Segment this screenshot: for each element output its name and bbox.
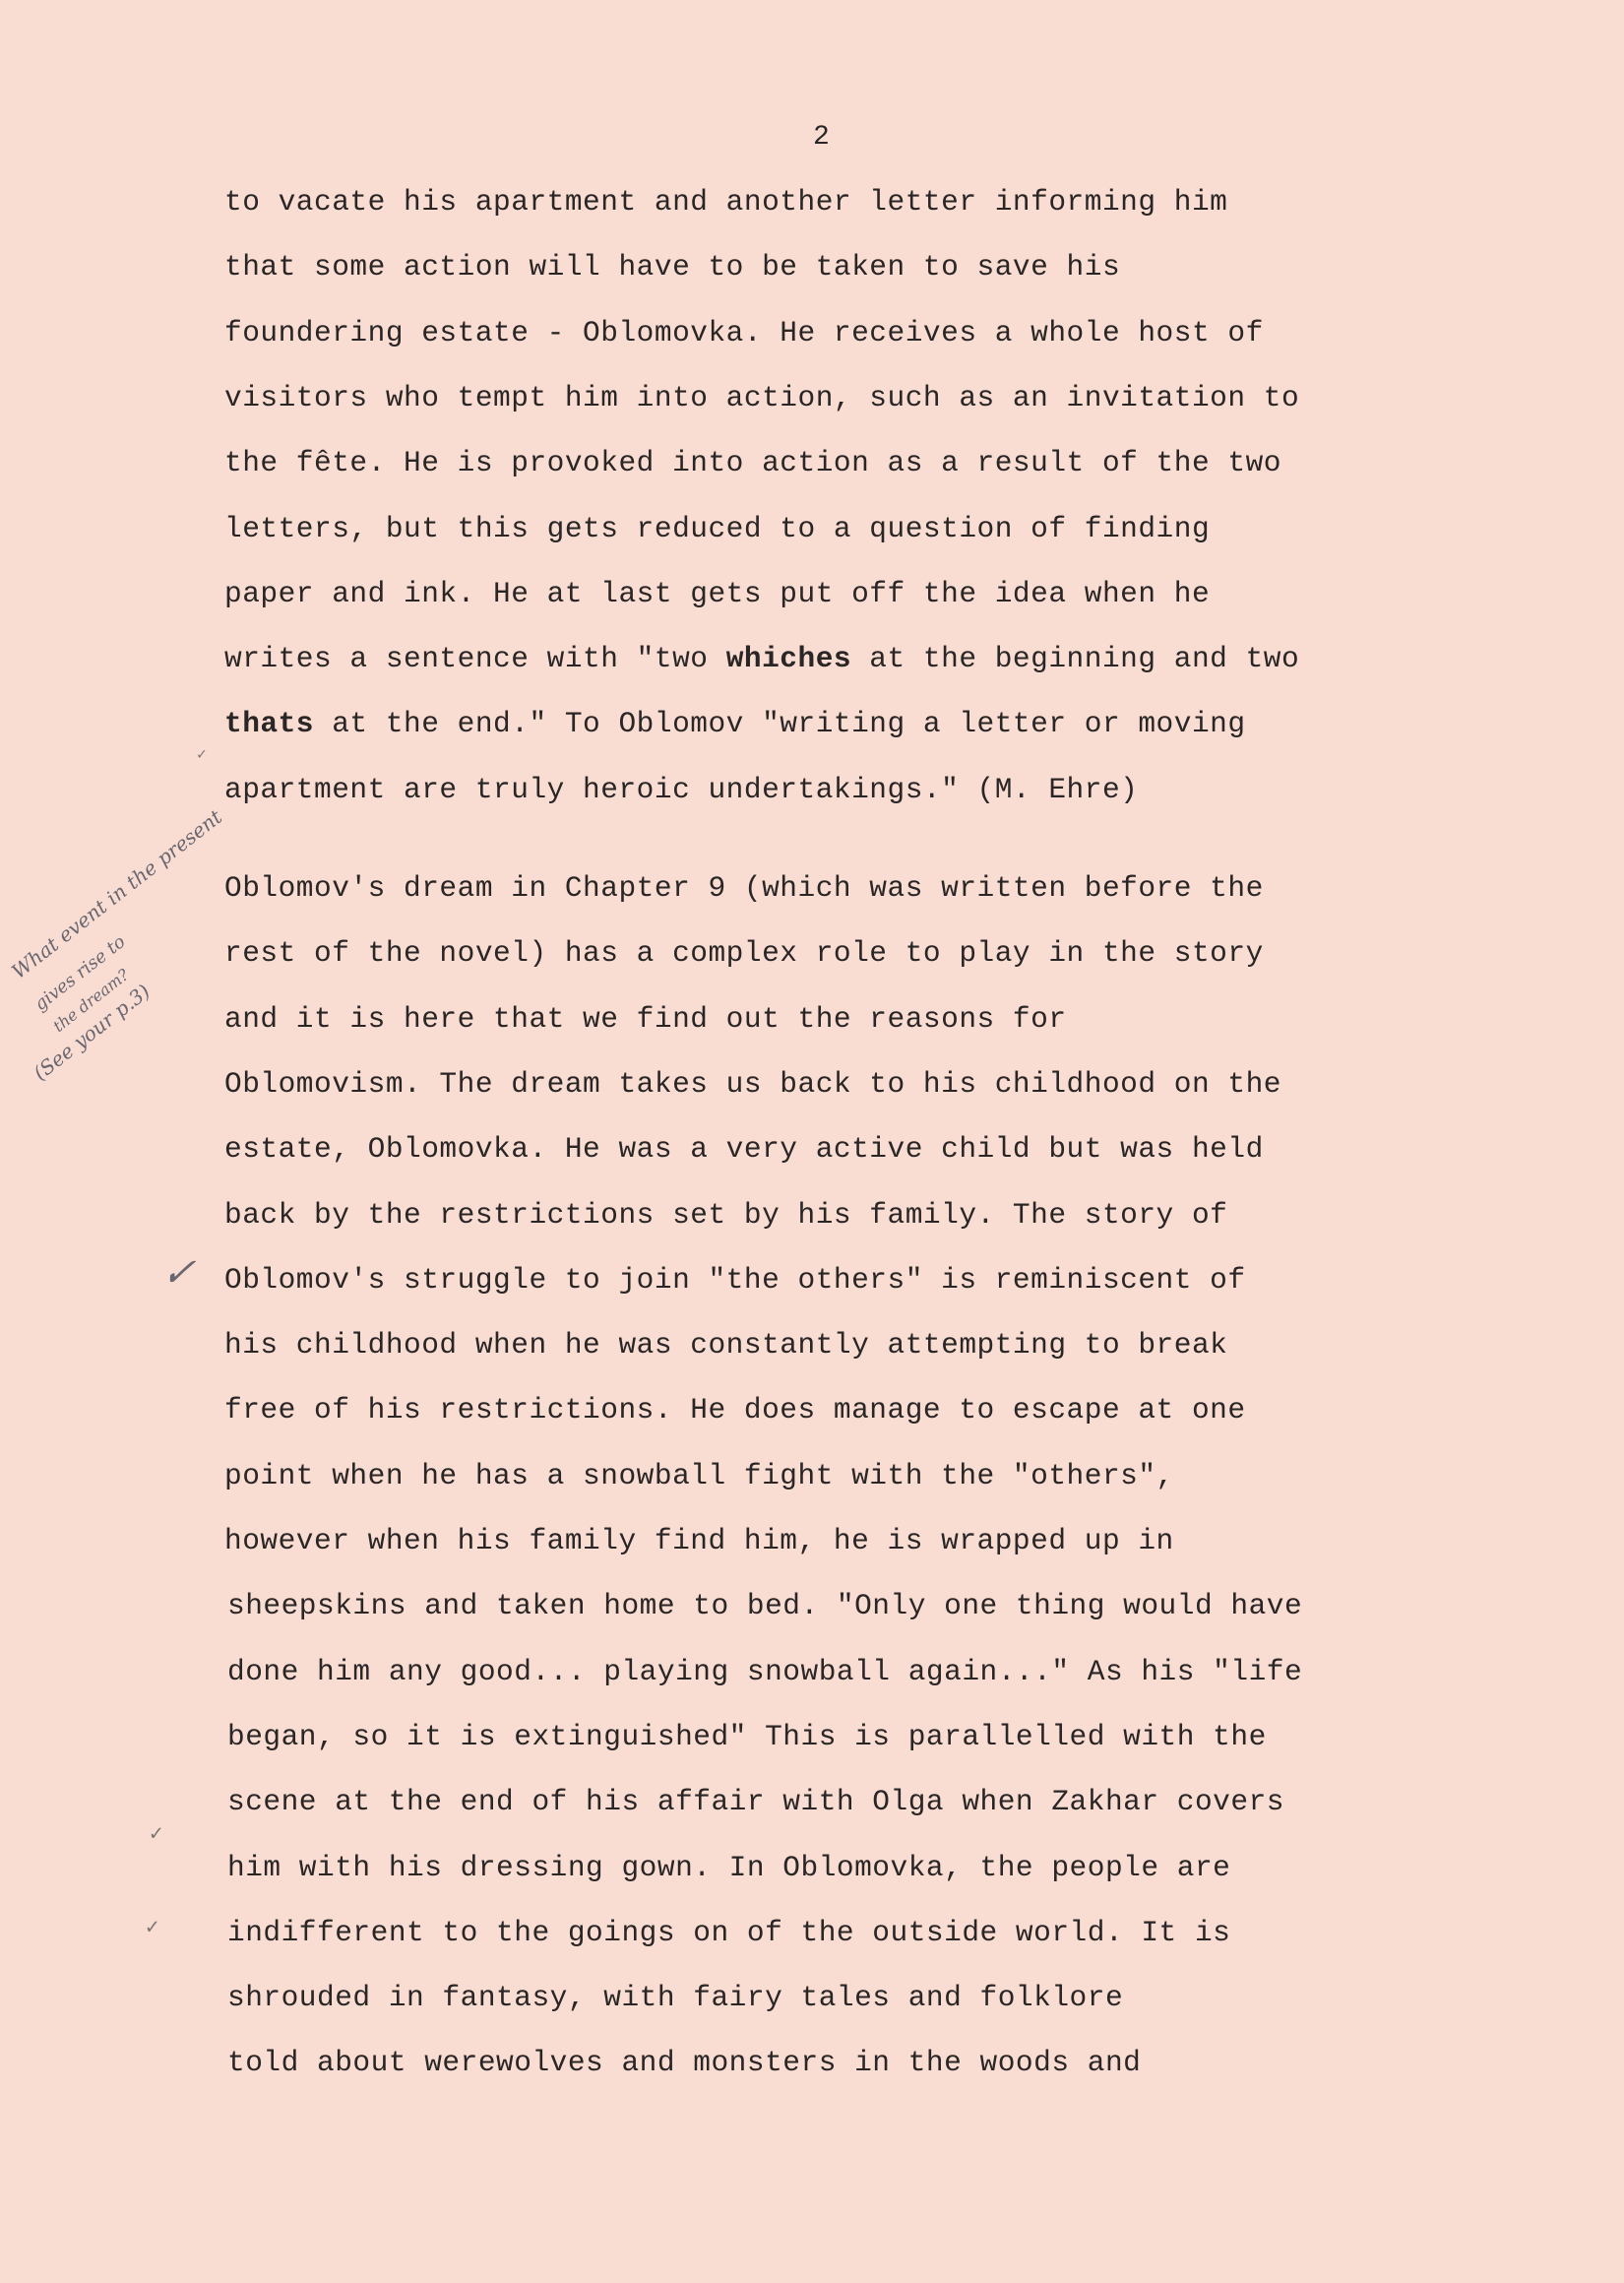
- text-line: foundering estate - Oblomovka. He receiv…: [224, 316, 1264, 349]
- text-line: Oblomovism. The dream takes us back to h…: [224, 1067, 1281, 1101]
- text-line: apartment are truly heroic undertakings.…: [224, 773, 1138, 806]
- text-line: letters, but this gets reduced to a ques…: [224, 512, 1210, 545]
- bold-word: thats: [224, 707, 314, 740]
- tick-mark-icon: ✓: [157, 1250, 207, 1296]
- text-line: shrouded in fantasy, with fairy tales an…: [227, 1981, 1123, 2014]
- text-line: told about werewolves and monsters in th…: [227, 2046, 1141, 2079]
- page-number: 2: [813, 122, 830, 153]
- text-line: point when he has a snowball fight with …: [224, 1459, 1174, 1492]
- bold-word: whiches: [726, 642, 851, 675]
- text-line: his childhood when he was constantly att…: [224, 1328, 1227, 1362]
- text-line: to vacate his apartment and another lett…: [224, 185, 1227, 219]
- tick-mark-icon: ✓: [150, 1821, 162, 1847]
- text-line: began, so it is extinguished" This is pa…: [227, 1720, 1267, 1753]
- text-line: indifferent to the goings on of the outs…: [227, 1916, 1230, 1949]
- text-line: that some action will have to be taken t…: [224, 250, 1120, 284]
- text-line: free of his restrictions. He does manage…: [224, 1393, 1246, 1427]
- text-line: the fête. He is provoked into action as …: [224, 446, 1281, 479]
- text-line: estate, Oblomovka. He was a very active …: [224, 1132, 1264, 1166]
- text-line: back by the restrictions set by his fami…: [224, 1198, 1227, 1232]
- tick-mark-icon: ✓: [146, 1915, 158, 1940]
- text-line: scene at the end of his affair with Olga…: [227, 1785, 1284, 1818]
- text-line: writes a sentence with "two whiches at t…: [224, 642, 1299, 675]
- text-line: and it is here that we find out the reas…: [224, 1002, 1067, 1036]
- text-line: Oblomov's struggle to join "the others" …: [224, 1263, 1246, 1297]
- text-line: sheepskins and taken home to bed. "Only …: [227, 1589, 1302, 1622]
- text-line: Oblomov's dream in Chapter 9 (which was …: [224, 871, 1264, 905]
- text-line: however when his family find him, he is …: [224, 1524, 1174, 1557]
- text-line: done him any good... playing snowball ag…: [227, 1655, 1302, 1688]
- text-line: thats at the end." To Oblomov "writing a…: [224, 707, 1246, 740]
- text-line: rest of the novel) has a complex role to…: [224, 936, 1264, 970]
- tick-mark-icon: ✓: [197, 744, 207, 764]
- text-line: paper and ink. He at last gets put off t…: [224, 577, 1210, 610]
- text-line: him with his dressing gown. In Oblomovka…: [227, 1851, 1230, 1884]
- text-line: visitors who tempt him into action, such…: [224, 381, 1299, 414]
